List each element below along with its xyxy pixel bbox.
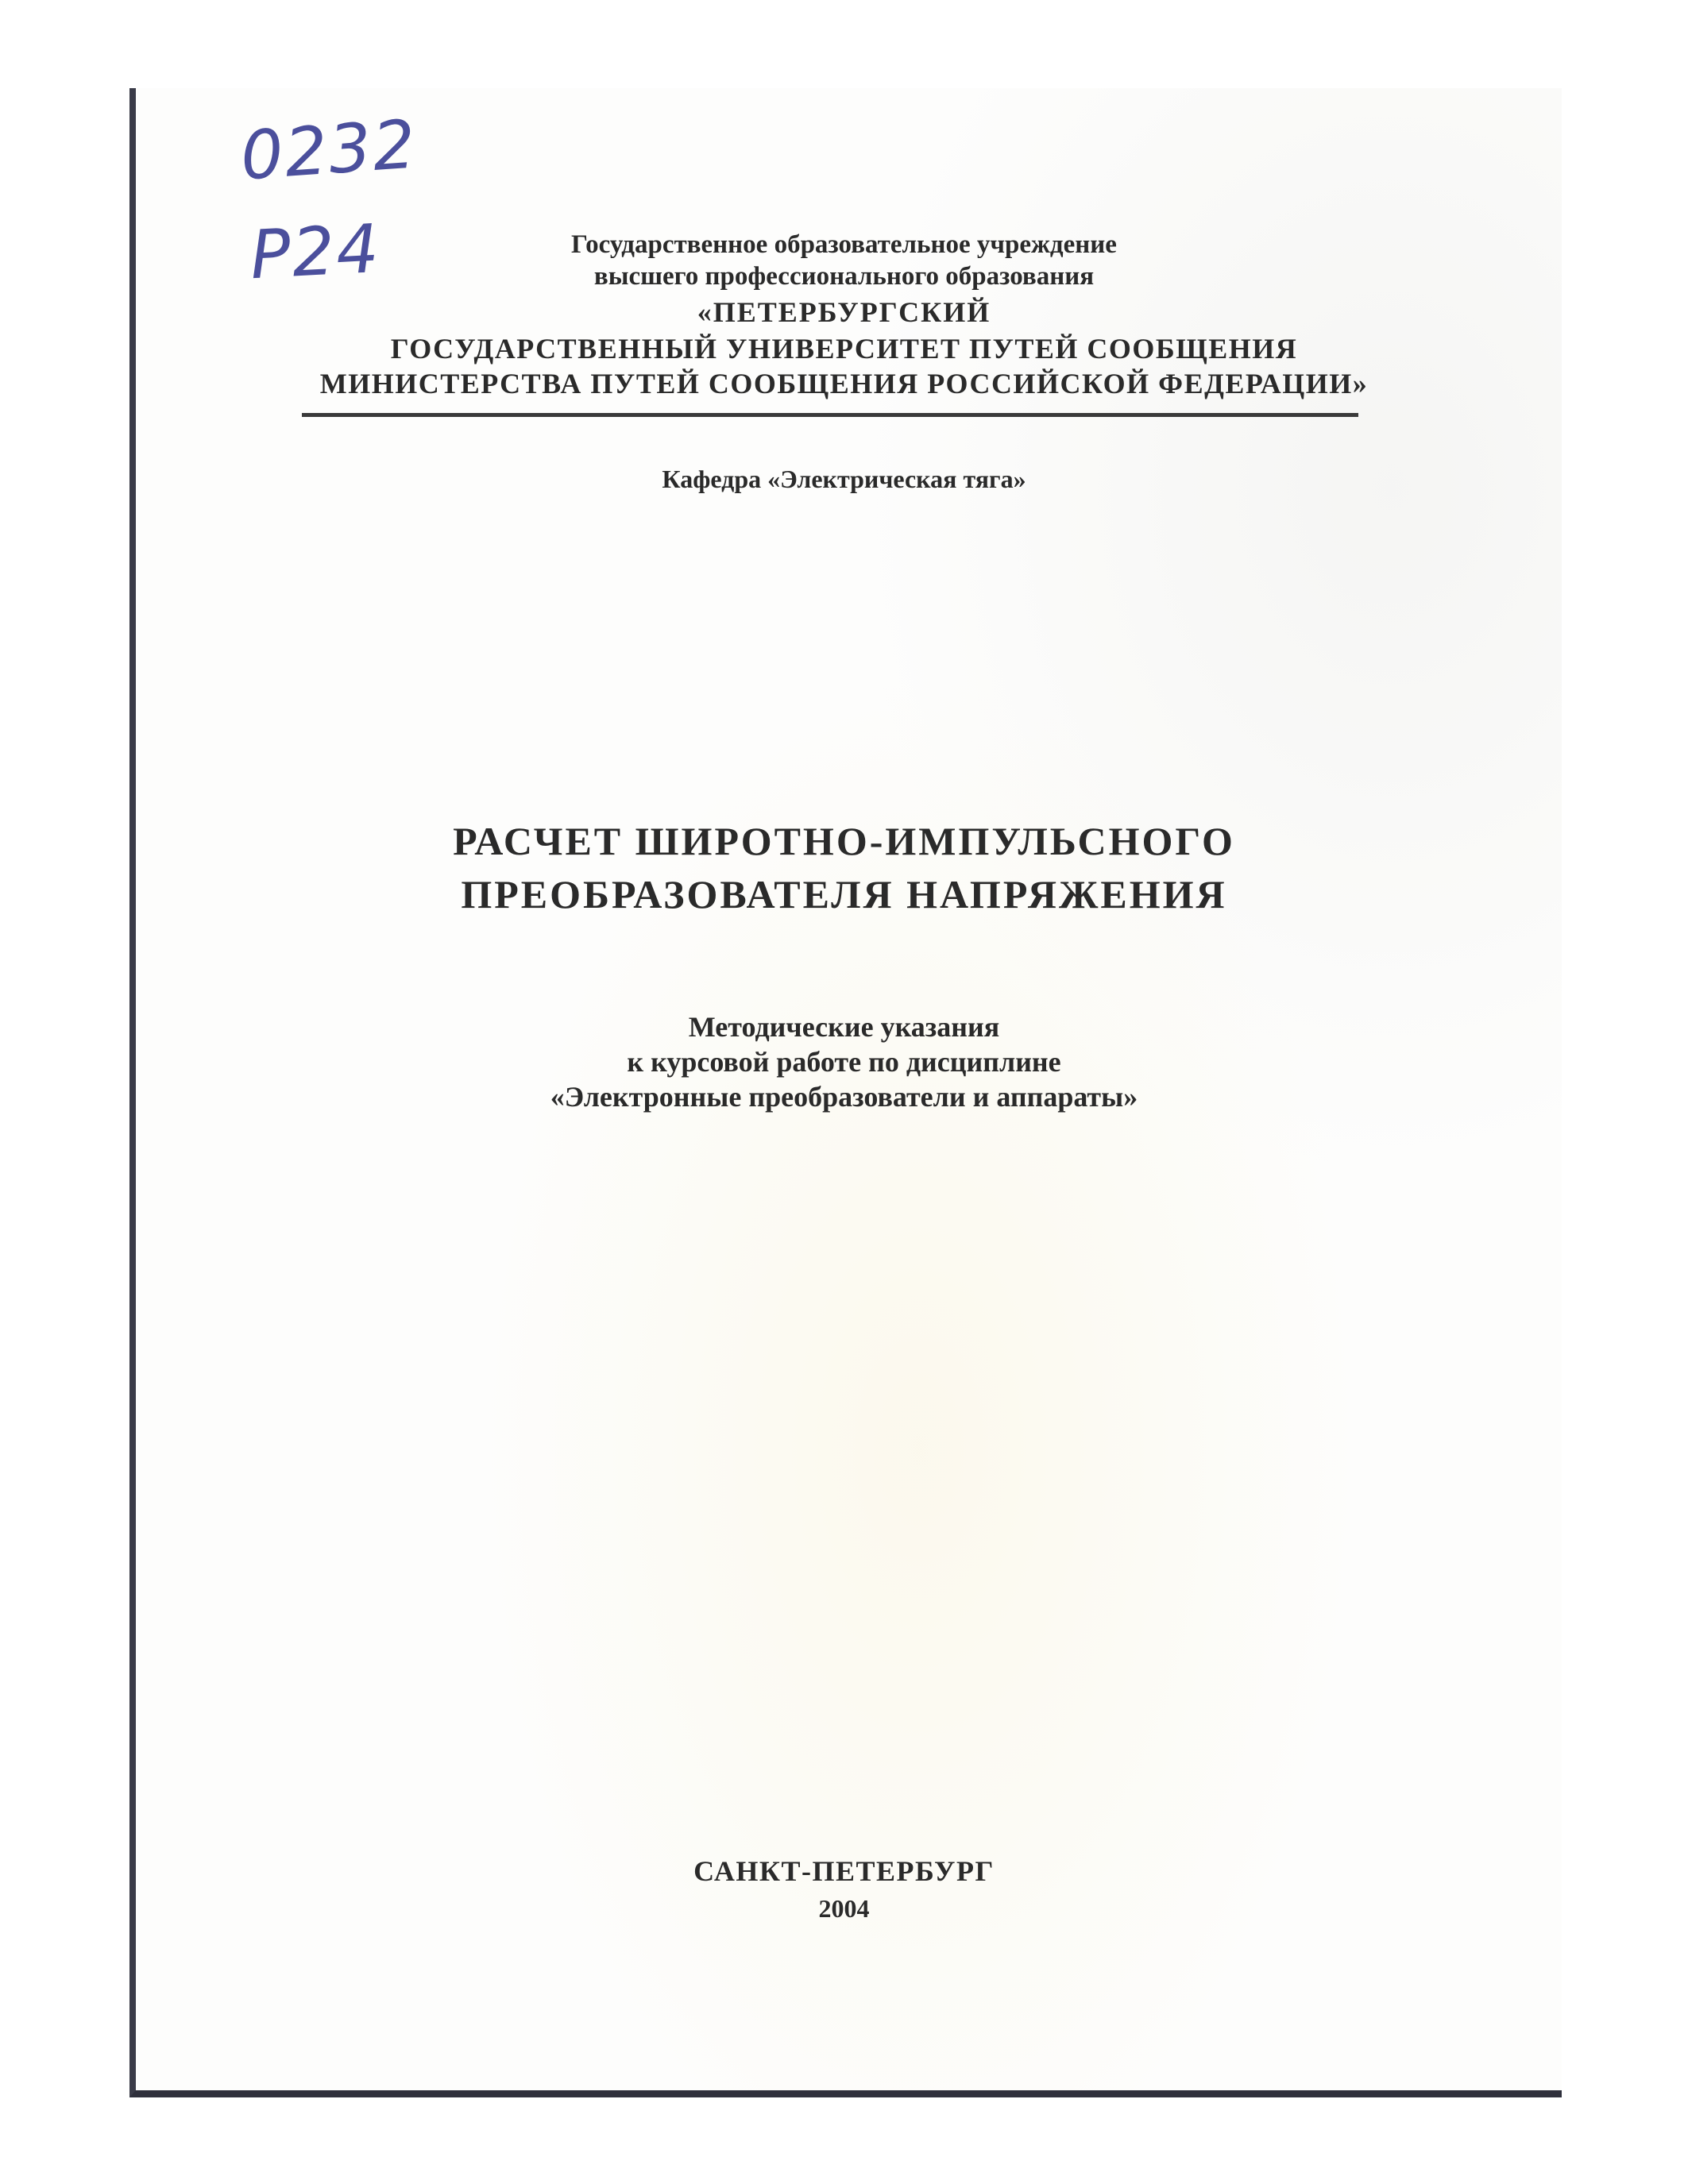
institution-line-3: «ПЕТЕРБУРГСКИЙ [0, 295, 1688, 329]
institution-line-5: МИНИСТЕРСТВА ПУТЕЙ СООБЩЕНИЯ РОССИЙСКОЙ … [0, 367, 1688, 400]
subtitle-line-1: Методические указания [0, 1010, 1688, 1044]
subtitle-line-3: «Электронные преобразователи и аппараты» [0, 1080, 1688, 1113]
institution-line-1: Государственное образовательное учрежден… [0, 230, 1688, 260]
handwritten-shelf-code: 0232 [238, 105, 419, 195]
header-divider [302, 413, 1358, 417]
imprint-year: 2004 [0, 1894, 1688, 1924]
institution-line-2: высшего профессионального образования [0, 262, 1688, 291]
title-line-2: ПРЕОБРАЗОВАТЕЛЯ НАПРЯЖЕНИЯ [0, 871, 1688, 917]
subtitle-line-2: к курсовой работе по дисциплине [0, 1045, 1688, 1078]
imprint-city: САНКТ-ПЕТЕРБУРГ [0, 1854, 1688, 1888]
title-line-1: РАСЧЕТ ШИРОТНО-ИМПУЛЬСНОГО [0, 818, 1688, 864]
institution-line-4: ГОСУДАРСТВЕННЫЙ УНИВЕРСИТЕТ ПУТЕЙ СООБЩЕ… [0, 332, 1688, 365]
department: Кафедра «Электрическая тяга» [0, 465, 1688, 494]
